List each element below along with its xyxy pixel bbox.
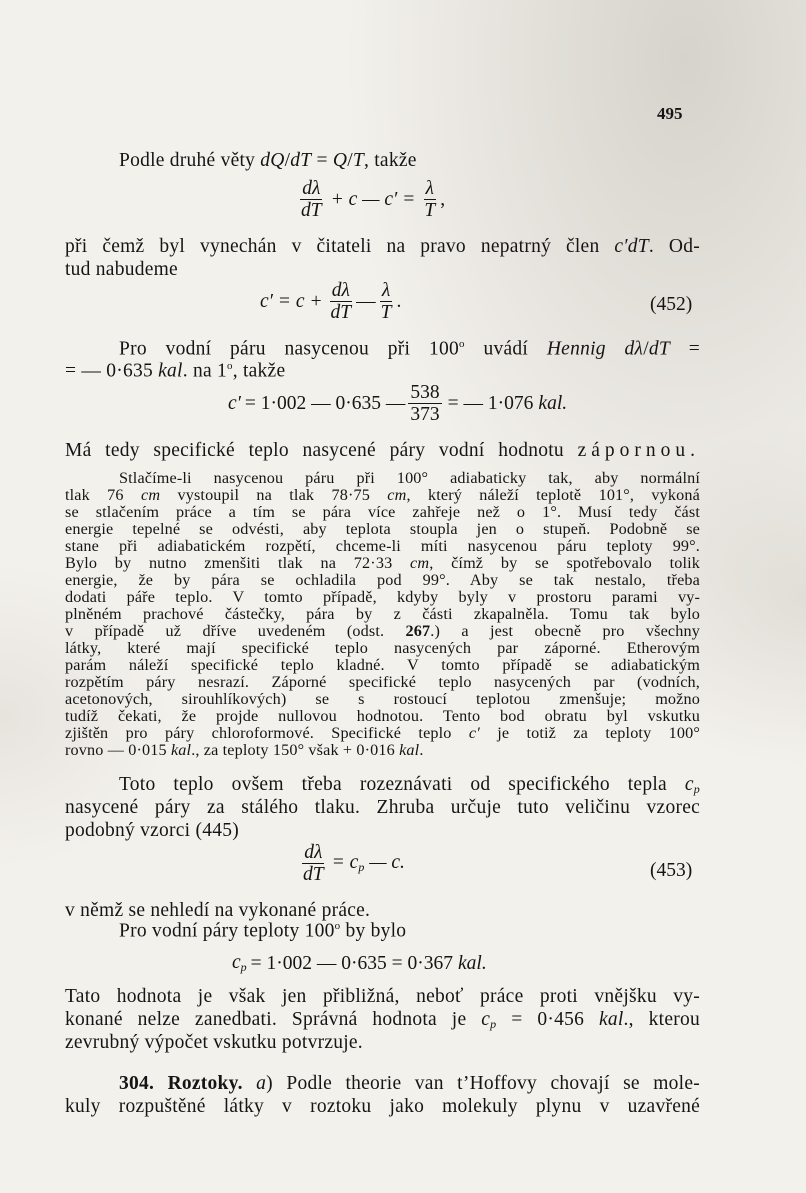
equation-number: (452) bbox=[650, 294, 692, 316]
equation: cp = 1·002 — 0·635 = 0·367 kal. bbox=[232, 952, 487, 975]
text-line: konané nelze zanedbati. Správná hodnota … bbox=[65, 1009, 700, 1032]
section-title: 304. Roztoky. bbox=[119, 1073, 243, 1094]
text-line: Podle druhé věty dQ/dT = Q/T, takže bbox=[119, 150, 417, 172]
text-line: Pro vodní páru nasycenou při 100o uvádí … bbox=[119, 338, 700, 361]
section-heading-line: 304. Roztoky. a) Podle theorie van t’Hof… bbox=[119, 1073, 700, 1095]
text-line: při čemž byl vynechán v čitateli na prav… bbox=[65, 236, 700, 258]
equation: c′ = 1·002 — 0·635 — 538373 = — 1·076 ka… bbox=[228, 382, 567, 425]
text-line: = — 0·635 kal. na 1o, takže bbox=[65, 360, 285, 383]
text-line: tud nabudeme bbox=[65, 259, 178, 281]
fraction: dλdT bbox=[329, 280, 354, 323]
fraction: λT bbox=[422, 178, 437, 221]
equation-452: c′ = c + dλdT — λT . bbox=[260, 280, 401, 323]
page-number: 495 bbox=[657, 104, 683, 124]
fraction: 538373 bbox=[408, 382, 441, 425]
text-line: v němž se nehledí na vykonané práce. bbox=[65, 900, 370, 922]
text-line: kuly rozpuštěné látky v roztoku jako mol… bbox=[65, 1096, 700, 1118]
equation-number: (453) bbox=[650, 860, 692, 882]
equation: dλdT + c — c′ = λT , bbox=[296, 178, 445, 221]
fraction: dλdT bbox=[299, 178, 324, 221]
book-page: 495 Podle druhé věty dQ/dT = Q/T, takže … bbox=[0, 0, 806, 1193]
text-line: rovno — 0·015 kal., za teploty 150° však… bbox=[65, 741, 424, 760]
text-line: zevrubný výpočet vskutku potvrzuje. bbox=[65, 1032, 363, 1054]
equation-453: dλdT = cp — c. bbox=[298, 842, 405, 885]
text-line: Toto teplo ovšem třeba rozeznávati od sp… bbox=[119, 774, 700, 797]
fraction: λT bbox=[379, 280, 394, 323]
text-line: Má tedy specifické teplo nasycené páry v… bbox=[65, 440, 700, 462]
text-line: Tato hodnota je však jen přibližná, nebo… bbox=[65, 986, 700, 1008]
text-line: nasycené páry za stálého tlaku. Zhruba u… bbox=[65, 797, 700, 819]
text-line: podobný vzorci (445) bbox=[65, 820, 239, 842]
fraction: dλdT bbox=[301, 842, 326, 885]
text-line: Pro vodní páry teploty 100o by bylo bbox=[119, 920, 406, 943]
